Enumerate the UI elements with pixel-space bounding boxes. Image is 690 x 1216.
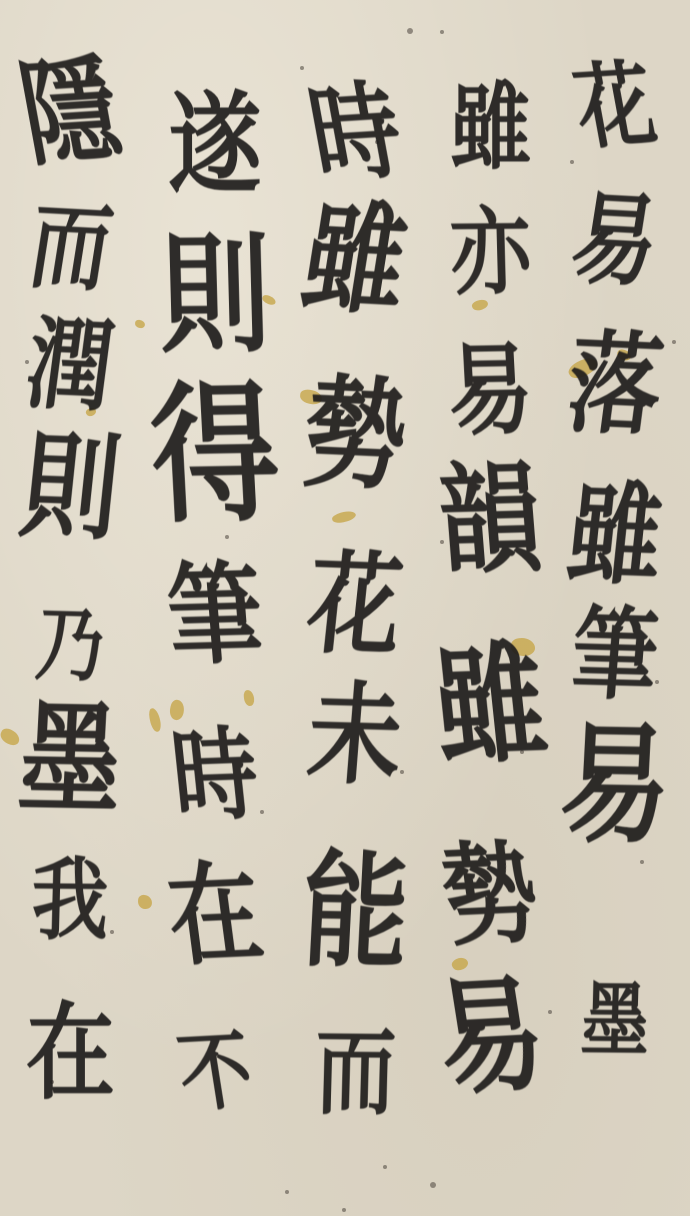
gold-fleck bbox=[331, 509, 357, 525]
gold-fleck bbox=[134, 319, 145, 328]
gold-fleck bbox=[138, 895, 153, 910]
ink-speck bbox=[400, 770, 404, 774]
calligraphy-character: 墨 bbox=[16, 699, 124, 821]
calligraphy-character: 雖 bbox=[428, 638, 552, 772]
calligraphy-character: 易 bbox=[556, 719, 673, 851]
calligraphy-character: 乃 bbox=[33, 604, 107, 686]
calligraphy-paper: 花易落雖筆易墨雖亦易韻雖勢易時雖勢花未能而遂則得筆時在不隱而潤則乃墨我在 bbox=[0, 0, 690, 1216]
calligraphy-character: 能 bbox=[299, 849, 412, 976]
ink-speck bbox=[300, 66, 304, 70]
calligraphy-character: 筆 bbox=[164, 559, 266, 671]
calligraphy-character: 勢 bbox=[436, 838, 543, 952]
ink-speck bbox=[383, 1165, 387, 1169]
calligraphy-character: 不 bbox=[172, 1028, 257, 1117]
calligraphy-character: 得 bbox=[147, 379, 282, 531]
calligraphy-character: 花 bbox=[568, 58, 662, 155]
gold-fleck bbox=[0, 726, 22, 747]
calligraphy-character: 雖 bbox=[563, 478, 668, 591]
calligraphy-character: 易 bbox=[565, 188, 665, 292]
calligraphy-character: 在 bbox=[161, 858, 268, 972]
calligraphy-character: 落 bbox=[561, 328, 668, 442]
calligraphy-character: 時 bbox=[167, 724, 262, 827]
calligraphy-character: 而 bbox=[313, 1025, 396, 1121]
ink-speck bbox=[440, 30, 444, 34]
calligraphy-character: 雖 bbox=[295, 197, 415, 322]
ink-speck bbox=[548, 1010, 552, 1014]
calligraphy-character: 隱 bbox=[11, 52, 129, 173]
gold-fleck bbox=[148, 707, 162, 732]
calligraphy-character: 時 bbox=[301, 77, 409, 187]
ink-speck bbox=[655, 680, 659, 684]
calligraphy-character: 潤 bbox=[21, 313, 119, 417]
ink-speck bbox=[570, 160, 574, 164]
gold-fleck bbox=[243, 690, 255, 707]
ink-speck bbox=[342, 1208, 346, 1212]
calligraphy-character: 遂 bbox=[168, 90, 262, 200]
calligraphy-character: 易 bbox=[445, 339, 535, 440]
ink-speck bbox=[110, 930, 114, 934]
calligraphy-character: 則 bbox=[158, 230, 272, 361]
ink-speck bbox=[430, 1182, 436, 1188]
calligraphy-character: 我 bbox=[31, 855, 110, 946]
ink-speck bbox=[672, 340, 676, 344]
calligraphy-character: 筆 bbox=[569, 604, 662, 706]
calligraphy-character: 雖 bbox=[450, 80, 531, 175]
calligraphy-character: 未 bbox=[304, 679, 406, 791]
calligraphy-character: 勢 bbox=[296, 373, 413, 497]
calligraphy-character: 墨 bbox=[580, 980, 650, 1061]
ink-speck bbox=[285, 1190, 289, 1194]
calligraphy-character: 花 bbox=[303, 548, 408, 661]
calligraphy-character: 易 bbox=[427, 972, 552, 1102]
calligraphy-character: 在 bbox=[25, 1000, 114, 1105]
calligraphy-character: 則 bbox=[15, 428, 125, 546]
calligraphy-character: 而 bbox=[22, 198, 117, 297]
calligraphy-character: 亦 bbox=[448, 205, 531, 301]
ink-speck bbox=[407, 28, 413, 34]
calligraphy-character: 韻 bbox=[434, 459, 545, 582]
